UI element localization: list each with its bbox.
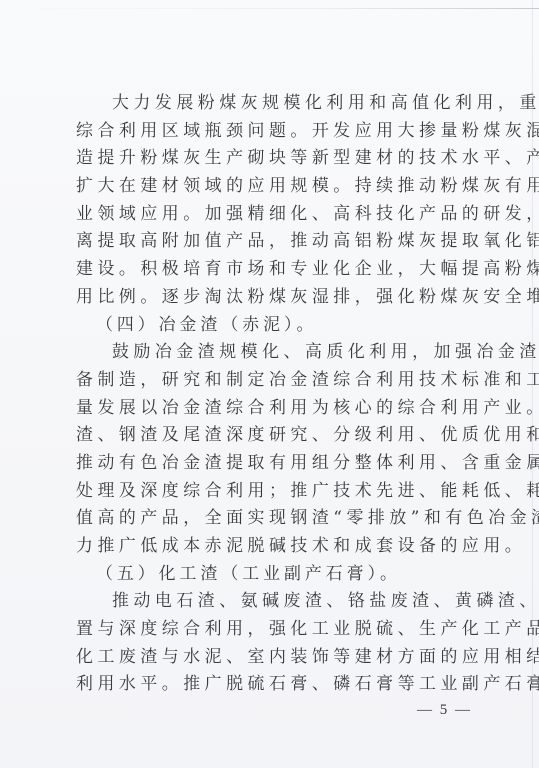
page-top-edge [0,8,539,9]
section-heading-four: （四）冶金渣（赤泥）。 [76,311,470,339]
paragraph-line: 处理及深度综合利用；推广技术先进、能耗低、耗渣量大、附加 [76,477,470,505]
paragraph-line: 利用水平。推广脱硫石膏、磷石膏等工业副产石膏替代天然石膏 [76,670,470,698]
paragraph-line: 业领域应用。加强精细化、高科技化产品的研发，推广粉煤灰分 [76,200,470,228]
paragraph-line: 化工废渣与水泥、室内装饰等建材方面的应用相结合，提高综合 [76,643,470,671]
paragraph-line: 量发展以冶金渣综合利用为核心的综合利用产业。积极推动高炉 [76,394,470,422]
paragraph-line: 鼓励冶金渣规模化、高质化利用，加强冶金渣技术研发和装 [76,338,470,366]
body-text: 大力发展粉煤灰规模化利用和高值化利用，重点解决粉煤灰 综合利用区域瓶颈问题。开发… [76,89,470,698]
section-heading-five: （五）化工渣（工业副产石膏）。 [76,560,470,588]
paragraph-line: 渣、钢渣及尾渣深度研究、分级利用、优质优用和规模化利用。 [76,421,470,449]
document-page: 大力发展粉煤灰规模化利用和高值化利用，重点解决粉煤灰 综合利用区域瓶颈问题。开发… [0,0,539,768]
paragraph-line: 备制造，研究和制定冶金渣综合利用技术标准和工艺规范，高质 [76,366,470,394]
paragraph-line: 综合利用区域瓶颈问题。开发应用大掺量粉煤灰混凝土技术，改 [76,117,470,145]
paragraph-line: 扩大在建材领域的应用规模。持续推动粉煤灰有用组分提取及农 [76,172,470,200]
paragraph-line: 造提升粉煤灰生产砌块等新型建材的技术水平、产品质量，继续 [76,144,470,172]
paragraph-line: 推动有色冶金渣提取有用组分整体利用、含重金属冶金渣无害化 [76,449,470,477]
paragraph-line: 大力发展粉煤灰规模化利用和高值化利用，重点解决粉煤灰 [76,89,470,117]
paragraph-line: 置与深度综合利用，强化工业脱硫、生产化工产品等应用，加强 [76,615,470,643]
paragraph-line: 离提取高附加值产品，推动高铝粉煤灰提取氧化铝及其配套项目 [76,227,470,255]
paragraph-line: 用比例。逐步淘汰粉煤灰湿排，强化粉煤灰安全堆存管理。 [76,283,470,311]
paragraph-line: 推动电石渣、氨碱废渣、铬盐废渣、黄磷渣、盐泥无害化处 [76,587,470,615]
page-number: — 5 — [0,702,472,719]
paragraph-line: 值高的产品，全面实现钢渣“零排放”和有色冶金渣清洁化利用。大 [76,504,470,532]
paragraph-line: 力推广低成本赤泥脱碱技术和成套设备的应用。 [76,532,470,560]
paragraph-line: 建设。积极培育市场和专业化企业，大幅提高粉煤灰的规模化应 [76,255,470,283]
